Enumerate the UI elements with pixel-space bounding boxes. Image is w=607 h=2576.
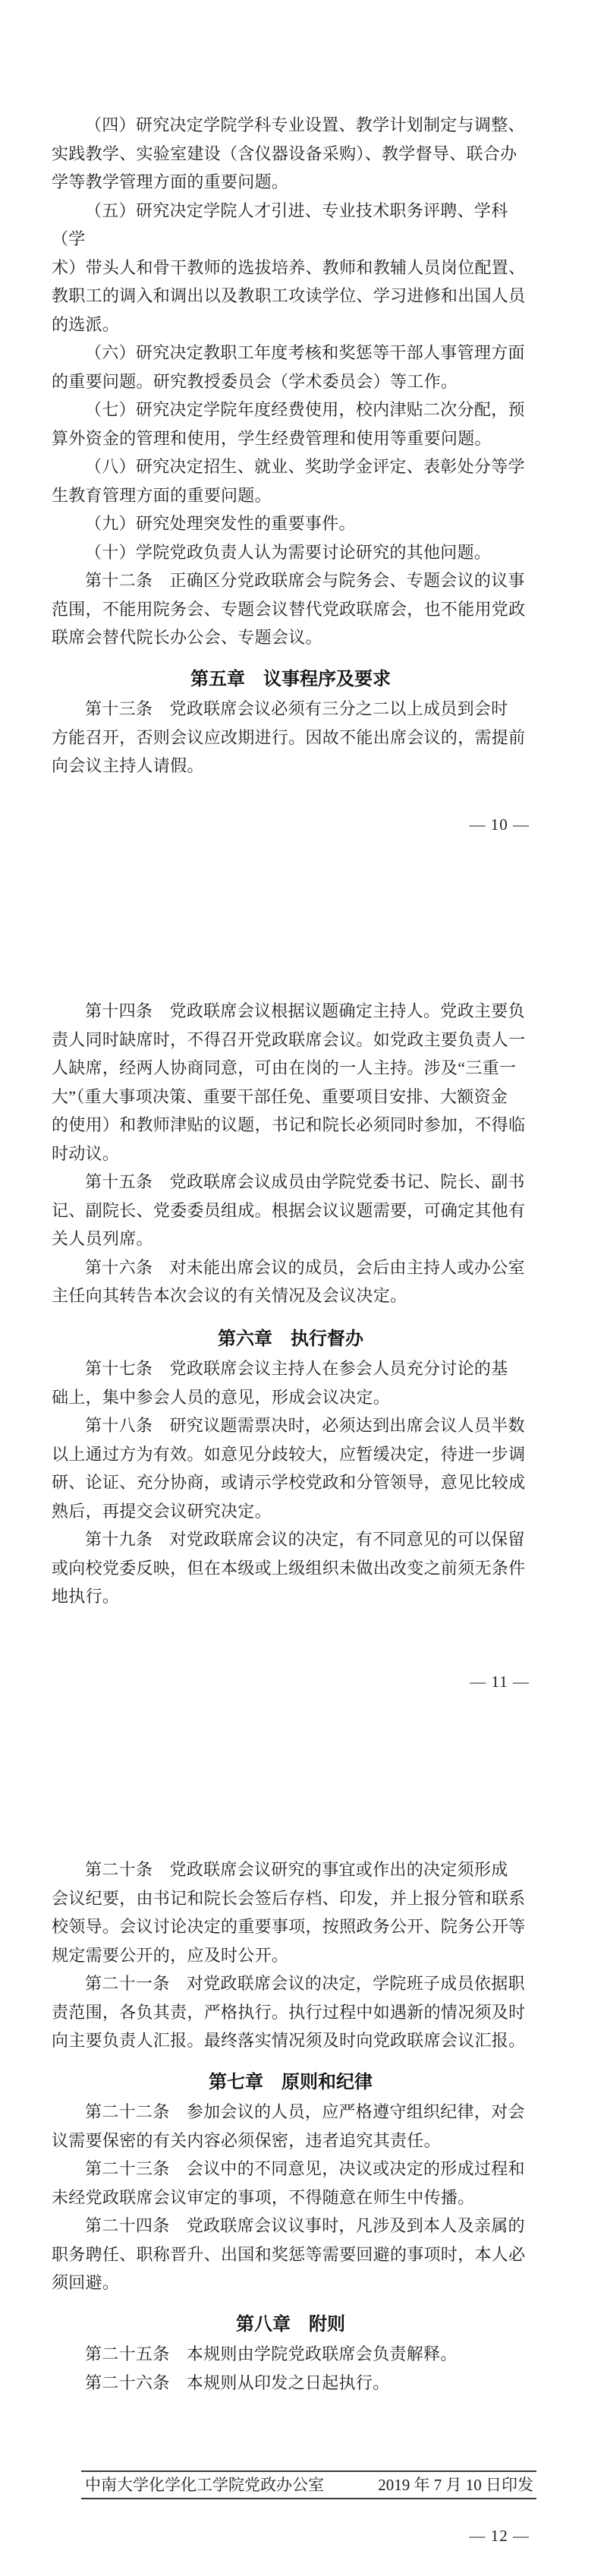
page-number: — 10 — — [52, 811, 530, 840]
text-line: （四）研究决定学院学科专业设置、教学计划制定与调整、 — [52, 111, 530, 140]
text-line: （九）研究处理突发性的重要事件。 — [52, 509, 530, 538]
paragraph-item-5: （五）研究决定学院人才引进、专业技术职务评聘、学科（学 术）带头人和骨干教师的选… — [52, 197, 530, 339]
text-line: 方能召开，否则会议应改期进行。因故不能出席会议的，需提前 — [52, 724, 530, 752]
text-line: 议需要保密的有关内容必须保密，违者追究其责任。 — [52, 2127, 530, 2155]
text-line: 第二十一条 对党政联席会议的决定，学院班子成员依据职 — [52, 1969, 530, 1998]
text-line: 时动议。 — [52, 1140, 530, 1168]
article-17: 第十七条 党政联席会议主持人在参会人员充分讨论的基 础上，集中参会人员的意见，形… — [52, 1354, 530, 1411]
footer-print-date: 2019 年 7 月 10 日印发 — [378, 2472, 533, 2498]
text-line: 生教育管理方面的重要问题。 — [52, 481, 530, 510]
text-line: 第十八条 研究议题需票决时，必须达到出席会议人员半数 — [52, 1411, 530, 1440]
text-line: 规定需要公开的，应及时公开。 — [52, 1941, 530, 1970]
text-line: 地执行。 — [52, 1582, 530, 1611]
text-line: 向主要负责人汇报。最终落实情况须及时向党政联席会议汇报。 — [52, 2026, 530, 2055]
text-line: 范围，不能用院务会、专题会议替代党政联席会，也不能用党政 — [52, 595, 530, 624]
page-number: — 11 — — [52, 1668, 530, 1697]
text-line: 联席会替代院长办公会、专题会议。 — [52, 623, 530, 652]
text-line: （七）研究决定学院年度经费使用，校内津贴二次分配，预 — [52, 396, 530, 424]
text-line: （八）研究决定招生、就业、奖助学金评定、表彰处分等学 — [52, 452, 530, 481]
text-line: 术）带头人和骨干教师的选拔培养、教师和教辅人员岗位配置、 — [52, 254, 530, 282]
article-15: 第十五条 党政联席会议成员由学院党委书记、院长、副书 记、副院长、党委委员组成。… — [52, 1168, 530, 1253]
text-line: 未经党政联席会议审定的事项，不得随意在师生中传播。 — [52, 2183, 530, 2212]
text-line: 熟后，再提交会议研究决定。 — [52, 1497, 530, 1526]
text-line: 实践教学、实验室建设（含仪器设备采购）、教学督导、联合办 — [52, 140, 530, 169]
issuance-footer: 中南大学化学化工学院党政办公室 2019 年 7 月 10 日印发 — [81, 2470, 536, 2499]
text-line: 算外资金的管理和使用，学生经费管理和使用等重要问题。 — [52, 424, 530, 453]
document-body: （四）研究决定学院学科专业设置、教学计划制定与调整、 实践教学、实验室建设（含仪… — [0, 0, 607, 2551]
article-19: 第十九条 对党政联席会议的决定，有不同意见的可以保留 或向校党委反映，但在本级或… — [52, 1525, 530, 1611]
text-line: 第十七条 党政联席会议主持人在参会人员充分讨论的基 — [52, 1354, 530, 1383]
chapter-7-heading: 第七章 原则和纪律 — [52, 2068, 530, 2097]
text-line: 第二十三条 会议中的不同意见，决议或决定的形成过程和 — [52, 2155, 530, 2183]
text-line: 向会议主持人请假。 — [52, 752, 530, 780]
chapter-8-heading: 第八章 附则 — [52, 2310, 530, 2339]
text-line: 大”（重大事项决策、重要干部任免、重要项目安排、大额资金 — [52, 1083, 530, 1111]
paragraph-item-6: （六）研究决定教职工年度考核和奖惩等干部人事管理方面 的重要问题。研究教授委员会… — [52, 339, 530, 396]
text-line: 第二十六条 本规则从印发之日起执行。 — [52, 2369, 530, 2398]
article-20: 第二十条 党政联席会议研究的事宜或作出的决定须形成 会议纪要，由书记和院长会签后… — [52, 1856, 530, 1969]
text-line: 职务聘任、职称晋升、出国和奖惩等需要回避的事项时，本人必 — [52, 2240, 530, 2269]
page-number: — 12 — — [52, 2522, 530, 2551]
text-line: （十）学院党政负责人认为需要讨论研究的其他问题。 — [52, 538, 530, 567]
page-10: （四）研究决定学院学科专业设置、教学计划制定与调整、 实践教学、实验室建设（含仪… — [52, 111, 530, 839]
text-line: 研、论证、充分协商，或请示学校党政和分管领导，意见比较成 — [52, 1468, 530, 1497]
paragraph-item-8: （八）研究决定招生、就业、奖助学金评定、表彰处分等学 生教育管理方面的重要问题。 — [52, 452, 530, 509]
text-line: 教职工的调入和调出以及教职工攻读学位、学习进修和出国人员 — [52, 282, 530, 311]
paragraph-item-10: （十）学院党政负责人认为需要讨论研究的其他问题。 — [52, 538, 530, 567]
text-line: 第二十条 党政联席会议研究的事宜或作出的决定须形成 — [52, 1856, 530, 1884]
text-line: 须回避。 — [52, 2269, 530, 2297]
text-line: （五）研究决定学院人才引进、专业技术职务评聘、学科（学 — [52, 197, 530, 254]
text-line: 会议纪要，由书记和院长会签后存档、印发，并上报分管和联系 — [52, 1884, 530, 1913]
text-line: 第二十四条 党政联席会议议事时，凡涉及到本人及亲属的 — [52, 2212, 530, 2240]
text-line: 记、副院长、党委委员组成。根据会议议题需要，可确定其他有 — [52, 1197, 530, 1225]
text-line: （六）研究决定教职工年度考核和奖惩等干部人事管理方面 — [52, 339, 530, 367]
article-18: 第十八条 研究议题需票决时，必须达到出席会议人员半数 以上通过方为有效。如意见分… — [52, 1411, 530, 1525]
paragraph-item-7: （七）研究决定学院年度经费使用，校内津贴二次分配，预 算外资金的管理和使用，学生… — [52, 396, 530, 452]
article-13: 第十三条 党政联席会议必须有三分之二以上成员到会时 方能召开，否则会议应改期进行… — [52, 695, 530, 780]
footer-issuing-office: 中南大学化学化工学院党政办公室 — [85, 2472, 324, 2498]
text-line: 第十五条 党政联席会议成员由学院党委书记、院长、副书 — [52, 1168, 530, 1197]
text-line: 校领导。会议讨论决定的重要事项，按照政务公开、院务公开等 — [52, 1912, 530, 1941]
text-line: 第十四条 党政联席会议根据议题确定主持人。党政主要负 — [52, 997, 530, 1026]
text-line: 第十三条 党政联席会议必须有三分之二以上成员到会时 — [52, 695, 530, 724]
text-line: 关人员列席。 — [52, 1225, 530, 1253]
page-11: 第十四条 党政联席会议根据议题确定主持人。党政主要负 责人同时缺席时，不得召开党… — [52, 997, 530, 1696]
article-24: 第二十四条 党政联席会议议事时，凡涉及到本人及亲属的 职务聘任、职称晋升、出国和… — [52, 2212, 530, 2297]
article-16: 第十六条 对未能出席会议的成员，会后由主持人或办公室 主任向其转告本次会议的有关… — [52, 1253, 530, 1310]
paragraph-item-4: （四）研究决定学院学科专业设置、教学计划制定与调整、 实践教学、实验室建设（含仪… — [52, 111, 530, 197]
article-21: 第二十一条 对党政联席会议的决定，学院班子成员依据职 责范围，各负其责，严格执行… — [52, 1969, 530, 2055]
text-line: 的选派。 — [52, 311, 530, 339]
text-line: 或向校党委反映，但在本级或上级组织未做出改变之前须无条件 — [52, 1554, 530, 1583]
text-line: 的重要问题。研究教授委员会（学术委员会）等工作。 — [52, 367, 530, 396]
text-line: 人缺席，经两人协商同意，可由在岗的一人主持。涉及“三重一 — [52, 1054, 530, 1083]
chapter-6-heading: 第六章 执行督办 — [52, 1325, 530, 1354]
text-line: 责范围，各负其责，严格执行。执行过程中如遇新的情况须及时 — [52, 1998, 530, 2027]
text-line: 责人同时缺席时，不得召开党政联席会议。如党政主要负责人一 — [52, 1026, 530, 1055]
text-line: 第二十二条 参加会议的人员，应严格遵守组织纪律，对会 — [52, 2098, 530, 2127]
article-12: 第十二条 正确区分党政联席会与院务会、专题会议的议事 范围，不能用院务会、专题会… — [52, 566, 530, 652]
article-22: 第二十二条 参加会议的人员，应严格遵守组织纪律，对会 议需要保密的有关内容必须保… — [52, 2098, 530, 2155]
scanned-document: （四）研究决定学院学科专业设置、教学计划制定与调整、 实践教学、实验室建设（含仪… — [0, 0, 607, 2576]
text-line: 第十六条 对未能出席会议的成员，会后由主持人或办公室 — [52, 1253, 530, 1282]
article-23: 第二十三条 会议中的不同意见，决议或决定的形成过程和 未经党政联席会议审定的事项… — [52, 2155, 530, 2212]
chapter-5-heading: 第五章 议事程序及要求 — [52, 665, 530, 694]
article-26: 第二十六条 本规则从印发之日起执行。 — [52, 2369, 530, 2398]
text-line: 的使用）和教师津贴的议题，书记和院长必须同时参加，不得临 — [52, 1111, 530, 1140]
text-line: 第十九条 对党政联席会议的决定，有不同意见的可以保留 — [52, 1525, 530, 1554]
text-line: 础上，集中参会人员的意见，形成会议决定。 — [52, 1383, 530, 1412]
text-line: 主任向其转告本次会议的有关情况及会议决定。 — [52, 1282, 530, 1310]
text-line: 以上通过方为有效。如意见分歧较大，应暂缓决定，待进一步调 — [52, 1440, 530, 1469]
article-25: 第二十五条 本规则由学院党政联席会负责解释。 — [52, 2340, 530, 2369]
text-line: 第十二条 正确区分党政联席会与院务会、专题会议的议事 — [52, 566, 530, 595]
page-12: 第二十条 党政联席会议研究的事宜或作出的决定须形成 会议纪要，由书记和院长会签后… — [52, 1856, 530, 2551]
paragraph-item-9: （九）研究处理突发性的重要事件。 — [52, 509, 530, 538]
article-14: 第十四条 党政联席会议根据议题确定主持人。党政主要负 责人同时缺席时，不得召开党… — [52, 997, 530, 1168]
text-line: 第二十五条 本规则由学院党政联席会负责解释。 — [52, 2340, 530, 2369]
text-line: 学等教学管理方面的重要问题。 — [52, 168, 530, 197]
